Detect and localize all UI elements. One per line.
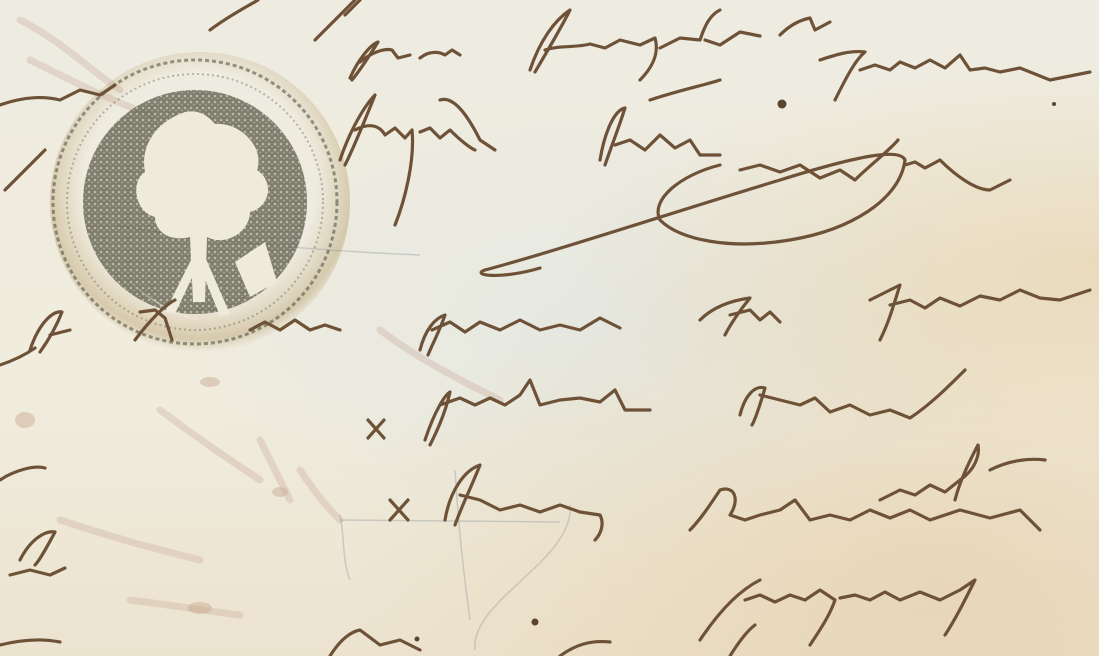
manuscript-line-7: x Thomas Kwiatkowski: [385, 495, 617, 519]
manuscript-line-2: Tyniecki(e): [820, 60, 933, 84]
manuscript-line-1: Seitens des Herrschafts Koło: [350, 30, 644, 54]
margin-fragment-2: Ord…: [0, 530, 59, 554]
margin-fragment-1: …ilany: [0, 90, 69, 114]
manuscript-line-5: x Benedikt Malau: [365, 395, 543, 419]
manuscript-line-3-signature: Benjamin Thalsky mand. m. p.: [340, 130, 647, 154]
manuscript-line-8: przysiężny: [720, 585, 827, 609]
manuscript-page: Seitens des Herrschafts Koło Tyniecki(e)…: [0, 0, 1099, 656]
manuscript-line-6: wójt: [880, 460, 923, 484]
manuscript-line-4: W. V.: der Gemeinde Koło Tynieckie: [30, 310, 388, 334]
